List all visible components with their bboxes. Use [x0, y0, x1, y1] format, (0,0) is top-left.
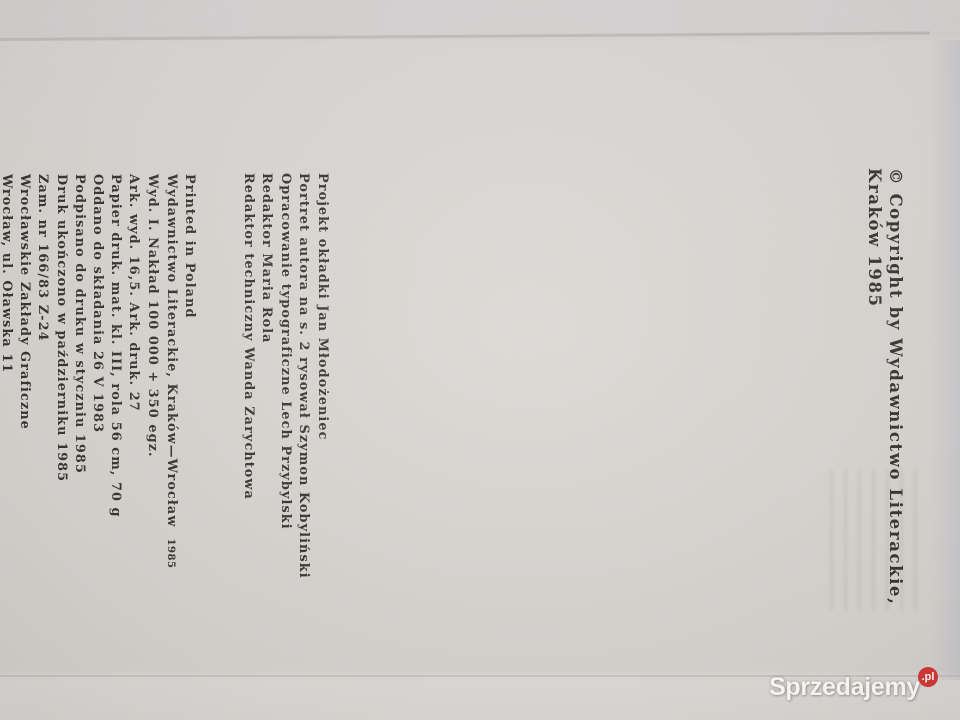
printing-line: Ark. wyd. 16,5. Ark. druk. 27: [124, 174, 142, 568]
copyright-notice: © Copyright by Wydawnictwo Literackie, K…: [864, 168, 906, 605]
credits-block: Projekt okładki Jan Młodożeniec Portret …: [238, 173, 331, 579]
credit-line: Portret autora na s. 2 rysował Szymon Ko…: [294, 173, 313, 579]
watermark-logo: Sprzedajemy .pl: [769, 673, 938, 702]
copyright-line: Kraków 1985: [864, 168, 885, 605]
printing-details-block: Printed in Poland Wydawnictwo Literackie…: [0, 174, 198, 568]
printing-line: Wrocławskie Zakłady Graficzne: [15, 174, 33, 568]
printing-line: Podpisano do druku w styczniu 1985: [70, 174, 88, 568]
watermark-badge: .pl: [918, 667, 938, 687]
printing-line: Druk ukończono w październiku 1985: [51, 174, 69, 568]
publisher-year: 1985: [165, 539, 176, 569]
printing-line: Printed in Poland: [180, 174, 198, 568]
page-edge-right: [930, 40, 960, 680]
printing-line: Wrocław, ul. Oławska 11: [0, 174, 15, 568]
publisher-line: Wydawnictwo Literackie, Kraków—Wrocław: [164, 174, 179, 527]
book-page-photo: © Copyright by Wydawnictwo Literackie, K…: [0, 0, 960, 720]
printing-line: Papier druk. mat. kl. III, rola 56 cm, 7…: [106, 174, 124, 568]
watermark-text: Sprzedajemy: [769, 673, 920, 702]
printing-line: Wydawnictwo Literackie, Kraków—Wrocław 1…: [161, 174, 180, 568]
credit-line: Redaktor Maria Rola: [257, 173, 276, 579]
page-edge-top: [0, 32, 930, 41]
credit-line: Projekt okładki Jan Młodożeniec: [312, 173, 331, 579]
copyright-line: © Copyright by Wydawnictwo Literackie,: [885, 168, 906, 605]
credit-line: Opracowanie typograficzne Lech Przybylsk…: [275, 173, 294, 579]
printing-line: Zam. nr 166/83 Z-24: [33, 174, 51, 568]
printing-line: Oddano do składania 26 V 1983: [88, 174, 106, 568]
credit-line: Redaktor techniczny Wanda Zarychtowa: [238, 173, 257, 579]
printing-line: Wyd. I. Nakład 100 000 + 350 egz.: [142, 174, 160, 568]
